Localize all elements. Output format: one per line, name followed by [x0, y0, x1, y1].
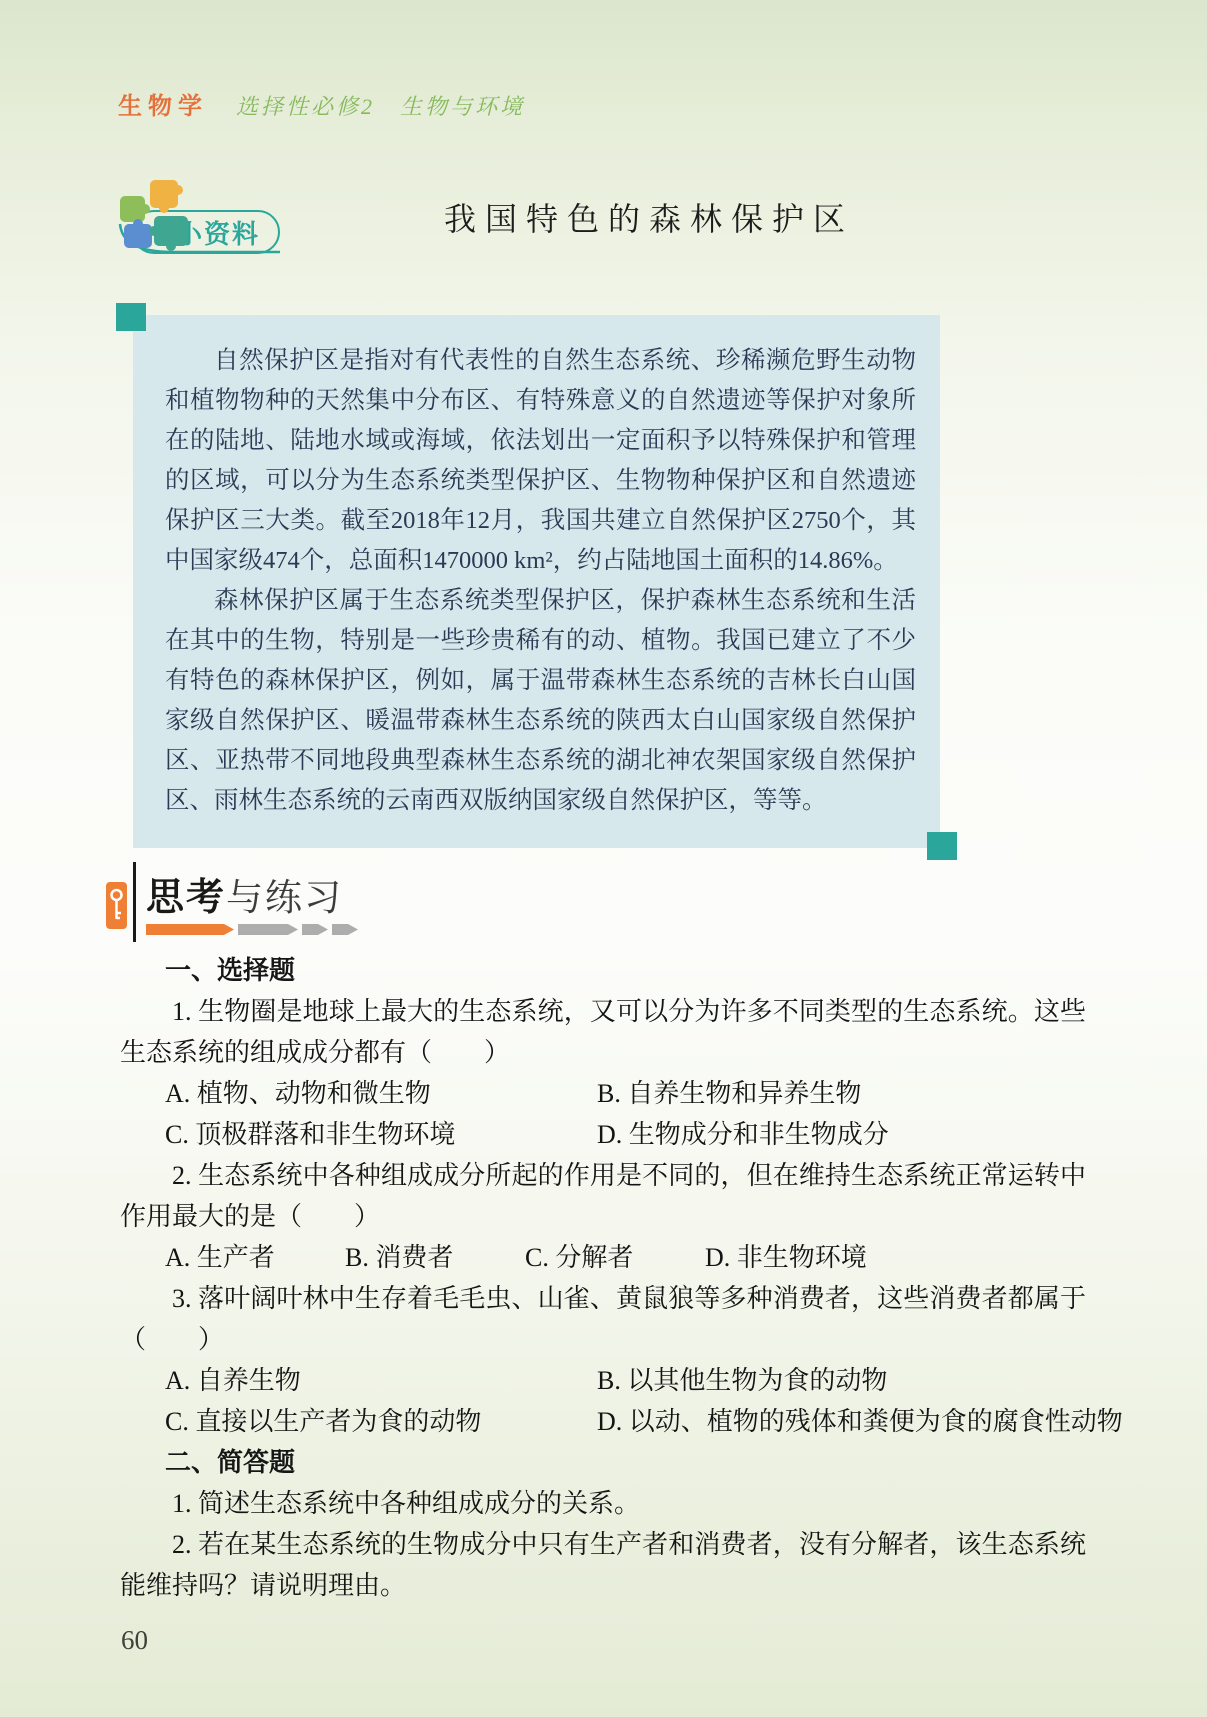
- textbook-page: 生物学 选择性必修2 生物与环境 小资料 我国特色的森林保护区 自然保护区是指对…: [0, 0, 1207, 1717]
- key-icon: [106, 882, 127, 929]
- exercise-title-light: 与练习: [226, 877, 343, 918]
- q1-option-c: C. 顶极群落和非生物环境: [165, 1114, 597, 1155]
- exercise-body: 一、选择题 1. 生物圈是地球上最大的生态系统，又可以分为许多不同类型的生态系统…: [120, 950, 1086, 1606]
- book-module: 选择性必修2 生物与环境: [236, 90, 525, 121]
- arrow-underline-bar: [146, 924, 358, 935]
- arrow-segment-gray-1: [238, 924, 298, 935]
- info-badge-row: 小资料 我国特色的森林保护区: [112, 186, 972, 260]
- page-number: 60: [121, 1625, 148, 1656]
- q3-option-c: C. 直接以生产者为食的动物: [165, 1401, 597, 1442]
- corner-mark-bottom-right: [927, 832, 957, 860]
- q3-option-a: A. 自养生物: [165, 1360, 597, 1401]
- arrow-segment-orange: [146, 924, 234, 935]
- question-3-options-row-1: A. 自养生物 B. 以其他生物为食的动物: [120, 1360, 1086, 1401]
- q1-option-d: D. 生物成分和非生物成分: [597, 1114, 1086, 1155]
- exercise-header: 思考与练习: [106, 862, 726, 946]
- info-paragraph-2: 森林保护区属于生态系统类型保护区，保护森林生态系统和生活在其中的生物，特别是一些…: [165, 581, 916, 821]
- q2-option-a: A. 生产者: [165, 1237, 345, 1278]
- running-head: 生物学 选择性必修2 生物与环境: [118, 86, 525, 121]
- question-3-stem: 3. 落叶阔叶林中生存着毛毛虫、山雀、黄鼠狼等多种消费者，这些消费者都属于（ ）: [120, 1278, 1086, 1360]
- q2-option-b: B. 消费者: [345, 1237, 525, 1278]
- q1-option-b: B. 自养生物和异养生物: [597, 1073, 1086, 1114]
- q3-option-b: B. 以其他生物为食的动物: [597, 1360, 1086, 1401]
- question-1-options-row-2: C. 顶极群落和非生物环境 D. 生物成分和非生物成分: [120, 1114, 1086, 1155]
- question-2-stem: 2. 生态系统中各种组成成分所起的作用是不同的，但在维持生态系统正常运转中作用最…: [120, 1155, 1086, 1237]
- info-paragraph-1: 自然保护区是指对有代表性的自然生态系统、珍稀濒危野生动物和植物物种的天然集中分布…: [165, 341, 916, 581]
- part1-title: 一、选择题: [120, 950, 1086, 991]
- part2-title: 二、简答题: [120, 1442, 1086, 1483]
- short-answer-2: 2. 若在某生态系统的生物成分中只有生产者和消费者，没有分解者，该生态系统能维持…: [120, 1524, 1086, 1606]
- exercise-title: 思考与练习: [146, 866, 343, 921]
- q1-option-a: A. 植物、动物和微生物: [165, 1073, 597, 1114]
- corner-mark-top-left: [116, 303, 146, 331]
- question-3-options-row-2: C. 直接以生产者为食的动物 D. 以动、植物的残体和粪便为食的腐食性动物: [120, 1401, 1086, 1442]
- short-answer-1: 1. 简述生态系统中各种组成成分的关系。: [120, 1483, 1086, 1524]
- question-2-options-row: A. 生产者 B. 消费者 C. 分解者 D. 非生物环境: [120, 1237, 1086, 1278]
- info-section-title: 我国特色的森林保护区: [444, 194, 854, 240]
- q2-option-d: D. 非生物环境: [705, 1237, 1086, 1278]
- header-vertical-rule: [133, 862, 136, 942]
- question-1-stem: 1. 生物圈是地球上最大的生态系统，又可以分为许多不同类型的生态系统。这些生态系…: [120, 991, 1086, 1073]
- arrow-segment-gray-3: [332, 924, 358, 935]
- exercise-title-bold: 思考: [146, 877, 226, 919]
- q2-option-c: C. 分解者: [525, 1237, 705, 1278]
- arrow-segment-gray-2: [302, 924, 328, 935]
- book-subject: 生物学: [118, 86, 208, 121]
- info-box: 自然保护区是指对有代表性的自然生态系统、珍稀濒危野生动物和植物物种的天然集中分布…: [133, 315, 940, 848]
- question-1-options-row-1: A. 植物、动物和微生物 B. 自养生物和异养生物: [120, 1073, 1086, 1114]
- q3-option-d: D. 以动、植物的残体和粪便为食的腐食性动物: [597, 1401, 1123, 1442]
- puzzle-icon: [114, 178, 198, 258]
